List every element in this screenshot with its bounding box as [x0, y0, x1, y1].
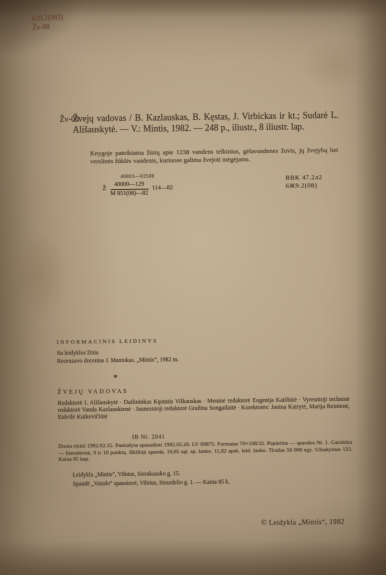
code-fraction-row: Ž 40000—129 M 851(08)—82 114—82: [103, 181, 174, 197]
credits-text: Redaktorė I. Ališauskytė ∙ Dailininkas K…: [58, 397, 350, 423]
separator-asterisk: *: [113, 373, 118, 383]
author-mark: Žv-08: [32, 22, 63, 32]
code-fraction: 40000—129 M 851(08)—82: [110, 182, 148, 198]
code-prefix: Ž: [103, 186, 107, 193]
credits-title: ŽVEJŲ VADOVAS: [57, 386, 349, 397]
series-line3: Recenzavo docentas J. Maniukas. „Mintis“…: [57, 356, 179, 366]
ib-number: IB Nr. 2041: [132, 434, 165, 440]
old-class-line: 6Ж9.2(08): [286, 182, 323, 191]
code-suffix: 114—82: [152, 186, 173, 193]
print-run-paragraph: Duota rinkti 1982.02.15. Pasirašyta spau…: [58, 440, 352, 464]
annotation-paragraph: Knygoje pateikiama žinių apie 1238 vande…: [90, 147, 338, 165]
publisher-address: Leidykla „Mintis“, Vilnius, Sierakausko …: [73, 471, 181, 479]
copyright-line: © Leidykla „Mintis“, 1982: [261, 518, 344, 527]
bbk-codes: BBK 47.2л2 6Ж9.2(08): [285, 174, 322, 191]
page-content: 639.2(083) Žv-08 Žv-08 Žvejų vadovas / B…: [0, 0, 386, 575]
bibliographic-entry: Žvejų vadovas / B. Kazlauskas, B. Kęstas…: [73, 110, 339, 135]
printer-address: Spaudė „Vaizdo“ spaustuvė, Vilnius, Stra…: [73, 480, 230, 488]
code-denominator: M 851(08)—82: [110, 189, 148, 198]
scanned-page: 639.2(083) Žv-08 Žv-08 Žvejų vadovas / B…: [0, 0, 386, 575]
code-small-line: 40803—02500: [102, 173, 172, 181]
credits-block: ŽVEJŲ VADOVAS Redaktorė I. Ališauskytė ∙…: [57, 386, 349, 422]
series-caps-line: INFORMACINIS LEIDINYS: [57, 337, 179, 347]
series-note-block: INFORMACINIS LEIDINYS Su leidyklos žinia…: [57, 337, 179, 366]
publishing-code-fraction: 40803—02500 Ž 40000—129 M 851(08)—82 114…: [102, 173, 173, 197]
classification-stamp: 639.2(083) Žv-08: [32, 13, 64, 32]
